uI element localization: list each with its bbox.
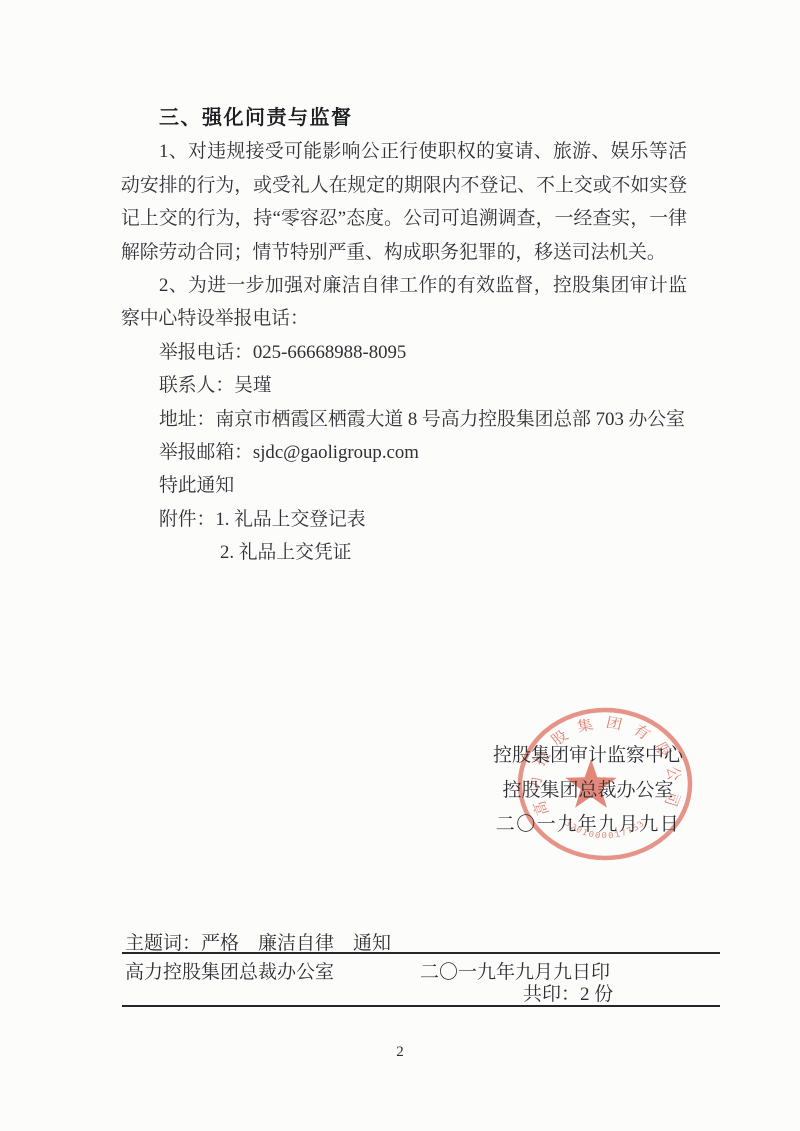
footer-rule-bottom — [122, 1005, 720, 1007]
hotline-phone-line: 举报电话：025-66668988-8095 — [121, 336, 687, 369]
address-line: 地址：南京市栖霞区栖霞大道 8 号高力控股集团总部 703 办公室 — [121, 403, 687, 436]
paragraph-accountability: 1、对违规接受可能影响公正行使职权的宴请、旅游、娱乐等活动安排的行为，或受礼人在… — [121, 135, 687, 269]
page-number: 2 — [0, 1044, 800, 1061]
signature-dept-president-office: 控股集团总裁办公室 — [438, 774, 738, 809]
paragraph-supervision: 2、为进一步加强对廉洁自律工作的有效监督，控股集团审计监察中心特设举报电话： — [121, 269, 687, 336]
section-heading: 三、强化问责与监督 — [121, 102, 687, 135]
footer-copies-count: 共印：2 份 — [523, 979, 613, 1006]
email-line: 举报邮箱：sjdc@gaoligroup.com — [121, 436, 687, 469]
closing-line: 特此通知 — [121, 469, 687, 502]
document-body: 三、强化问责与监督 1、对违规接受可能影响公正行使职权的宴请、旅游、娱乐等活动安… — [121, 102, 687, 570]
footer-subject-line: 主题词：严格 廉洁自律 通知 — [125, 928, 391, 955]
contact-person-line: 联系人：吴瑾 — [121, 369, 687, 402]
footer-rule-top — [122, 952, 720, 954]
attachment-line-1: 附件：1. 礼品上交登记表 — [121, 503, 687, 536]
signature-dept-audit-center: 控股集团审计监察中心 — [438, 739, 738, 774]
document-page: 三、强化问责与监督 1、对违规接受可能影响公正行使职权的宴请、旅游、娱乐等活动安… — [0, 0, 800, 1131]
footer-issuer: 高力控股集团总裁办公室 — [125, 957, 334, 984]
attachment-line-2: 2. 礼品上交凭证 — [121, 536, 687, 569]
signature-block: 控股集团审计监察中心 控股集团总裁办公室 二〇一九年九月九日 — [438, 739, 738, 843]
signature-date: 二〇一九年九月九日 — [438, 808, 738, 843]
